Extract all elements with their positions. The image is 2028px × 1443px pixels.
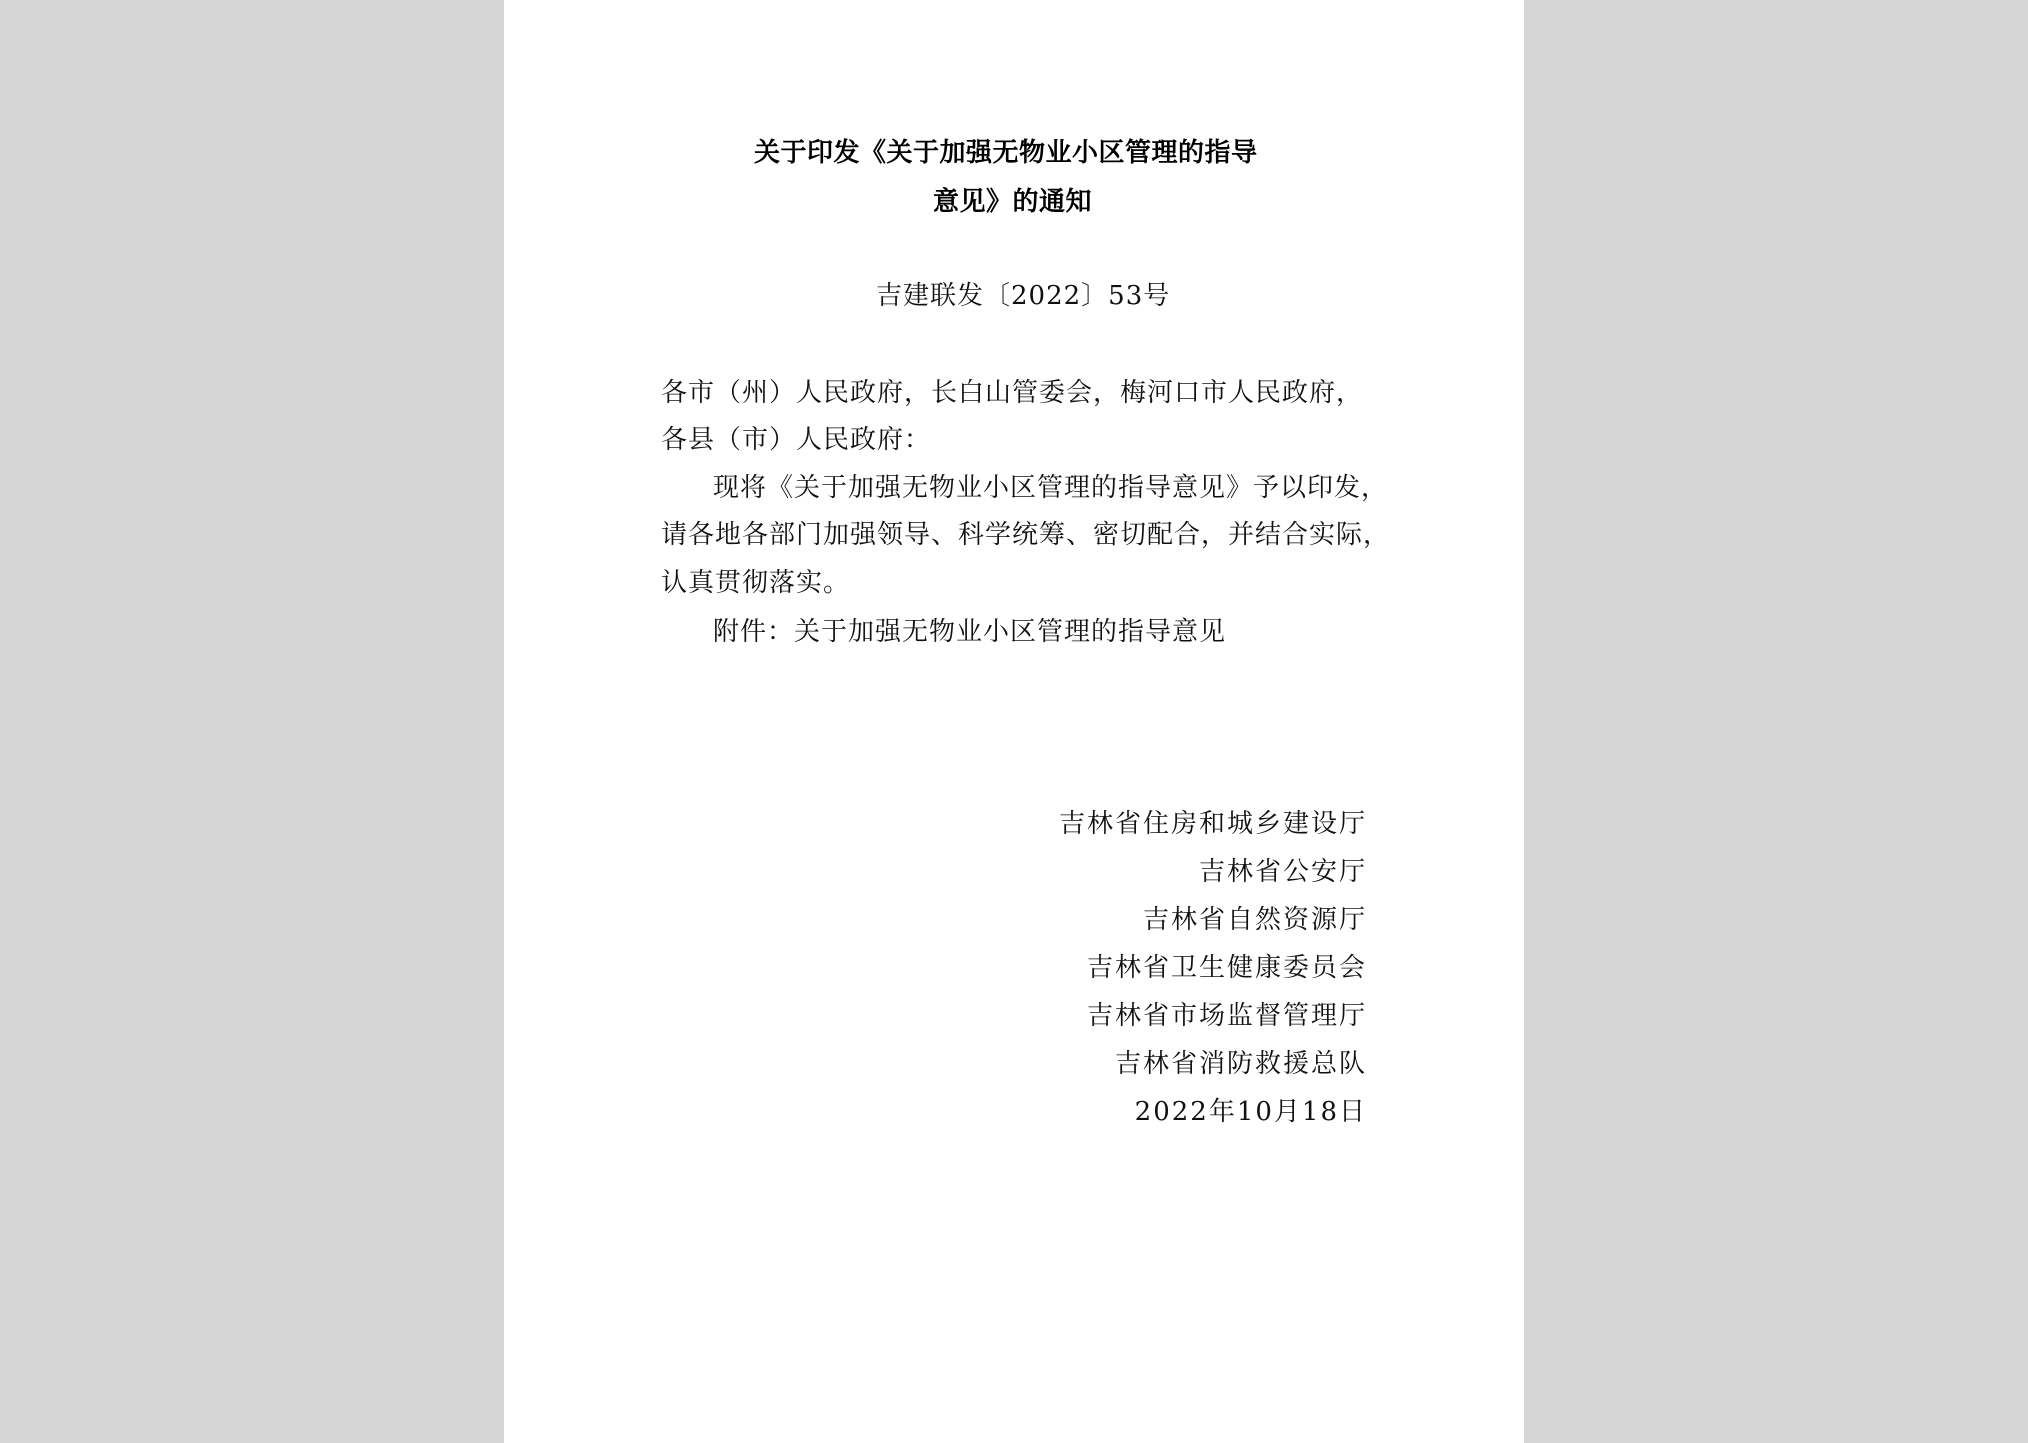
- document-page: 关于印发《关于加强无物业小区管理的指导 意见》的通知 吉建联发〔2022〕53号…: [504, 0, 1524, 1443]
- body-paragraph-line-1: 现将《关于加强无物业小区管理的指导意见》予以印发，: [713, 475, 1388, 501]
- signatory-market-regulation: 吉林省市场监督管理厅: [1087, 1003, 1367, 1029]
- document-number: 吉建联发〔2022〕53号: [876, 283, 1170, 309]
- body-paragraph-line-3: 认真贯彻落实。: [661, 570, 850, 596]
- body-paragraph-line-2: 请各地各部门加强领导、科学统筹、密切配合，并结合实际，: [661, 522, 1390, 548]
- signatory-natural-resources: 吉林省自然资源厅: [1143, 907, 1367, 933]
- signatory-housing-department: 吉林省住房和城乡建设厅: [1059, 811, 1367, 837]
- document-title-line-2: 意见》的通知: [933, 189, 1092, 215]
- signatory-public-security: 吉林省公安厅: [1199, 859, 1367, 885]
- attachment-line: 附件：关于加强无物业小区管理的指导意见: [713, 619, 1226, 645]
- signatory-fire-rescue: 吉林省消防救援总队: [1115, 1051, 1367, 1077]
- document-date: 2022年10月18日: [1135, 1099, 1367, 1125]
- signatory-health-commission: 吉林省卫生健康委员会: [1087, 955, 1367, 981]
- addressee-line-2: 各县（市）人民政府：: [661, 427, 931, 453]
- addressee-line-1: 各市（州）人民政府，长白山管委会，梅河口市人民政府，: [661, 380, 1363, 406]
- document-title-line-1: 关于印发《关于加强无物业小区管理的指导: [754, 140, 1258, 166]
